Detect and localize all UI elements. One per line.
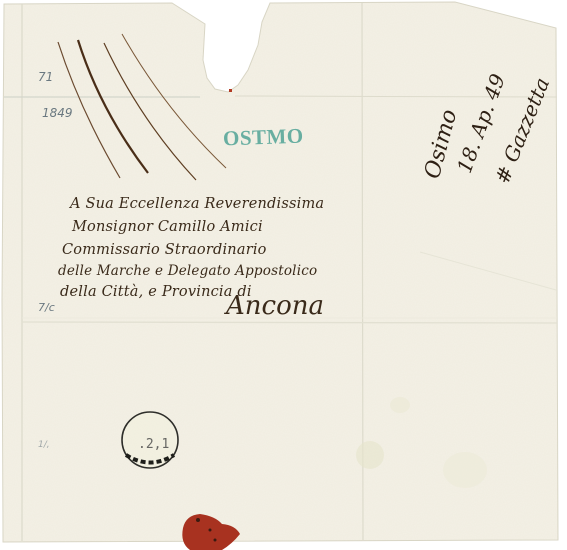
- address-line: delle Marche e Delegato Appostolico: [58, 263, 317, 279]
- address-line: Commissario Straordinario: [62, 242, 267, 258]
- pencil-note-lower: 1/,: [38, 440, 50, 450]
- address-city: Ancona: [226, 291, 324, 321]
- address-line: Monsignor Camillo Amici: [72, 219, 263, 235]
- postmark: .2,1: [122, 412, 178, 468]
- address-line: A Sua Eccellenza Reverendissima: [70, 196, 324, 212]
- address-line: della Città, e Provincia di: [60, 284, 252, 300]
- svg-text:.2,1: .2,1: [138, 437, 169, 452]
- pencil-note-rate: 7/c: [38, 301, 55, 314]
- pencil-note-number: 71: [38, 70, 53, 84]
- pencil-note-year: 1849: [42, 106, 73, 120]
- letter-photo: .2,1 71 1849 7/c 1/, OSTMO A Sua Eccelle…: [0, 0, 567, 550]
- origin-handstamp: OSTMO: [223, 124, 305, 152]
